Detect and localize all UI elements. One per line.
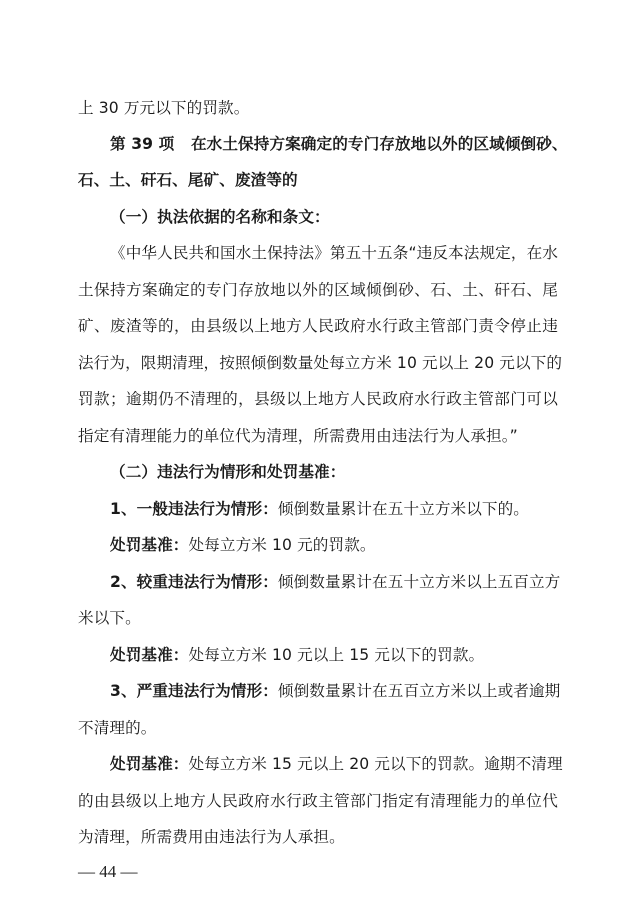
label: 处罚基准： [110,536,188,554]
text-line: 处罚基准：处每立方米 10 元的罚款。 [110,535,558,555]
section-heading: （二）违法行为情形和处罚基准： [110,462,558,482]
label: 3、严重违法行为情形： [110,682,278,700]
text-line: 为清理，所需费用由违法行为人承担。 [78,827,558,847]
text-line: 处罚基准：处每立方米 15 元以上 20 元以下的罚款。逾期不清理 [110,754,558,774]
item-number: 第 39 项 [110,135,174,153]
text-line: 不清理的。 [78,718,558,738]
text-line: 《中华人民共和国水土保持法》第五十五条“违反本法规定，在水 [110,243,558,263]
text-line: 上 30 万元以下的罚款。 [78,98,558,118]
text-line: 土保持方案确定的专门存放地以外的区域倾倒砂、石、土、矸石、尾 [78,280,558,300]
text: 倾倒数量累计在五百立方米以上或者逾期 [278,682,561,700]
text: 处每立方米 15 元以上 20 元以下的罚款。逾期不清理 [188,755,562,773]
text-line: 的由县级以上地方人民政府水行政主管部门指定有清理能力的单位代 [78,791,558,811]
text-line: 指定有清理能力的单位代为清理，所需费用由违法行为人承担。” [78,426,558,446]
item-title: 第 39 项 在水土保持方案确定的专门存放地以外的区域倾倒砂、 [110,134,558,154]
label: 2、较重违法行为情形： [110,573,278,591]
document-page: 上 30 万元以下的罚款。 第 39 项 在水土保持方案确定的专门存放地以外的区… [0,0,635,898]
text-line: 1、一般违法行为情形：倾倒数量累计在五十立方米以下的。 [110,499,558,519]
text-line: 罚款；逾期仍不清理的，县级以上地方人民政府水行政主管部门可以 [78,389,558,409]
text-line: 处罚基准：处每立方米 10 元以上 15 元以下的罚款。 [110,645,558,665]
label: 1、一般违法行为情形： [110,500,278,518]
text: 倾倒数量累计在五十立方米以下的。 [278,500,529,518]
text-line: 3、严重违法行为情形：倾倒数量累计在五百立方米以上或者逾期 [110,681,558,701]
item-title-cont: 石、土、矸石、尾矿、废渣等的 [78,170,558,190]
text-line: 法行为，限期清理，按照倾倒数量处每立方米 10 元以上 20 元以下的 [78,353,558,373]
text-line: 2、较重违法行为情形：倾倒数量累计在五十立方米以上五百立方 [110,572,558,592]
text: 处每立方米 10 元以上 15 元以下的罚款。 [188,646,484,664]
text-line: 矿、废渣等的，由县级以上地方人民政府水行政主管部门责令停止违 [78,316,558,336]
section-heading: （一）执法依据的名称和条文： [110,207,558,227]
text-line: 米以下。 [78,608,558,628]
page-number: — 44 — [78,862,138,882]
text: 倾倒数量累计在五十立方米以上五百立方 [278,573,561,591]
label: 处罚基准： [110,646,188,664]
label: 处罚基准： [110,755,188,773]
text: 处每立方米 10 元的罚款。 [188,536,375,554]
item-title-text: 在水土保持方案确定的专门存放地以外的区域倾倒砂、 [191,135,568,153]
